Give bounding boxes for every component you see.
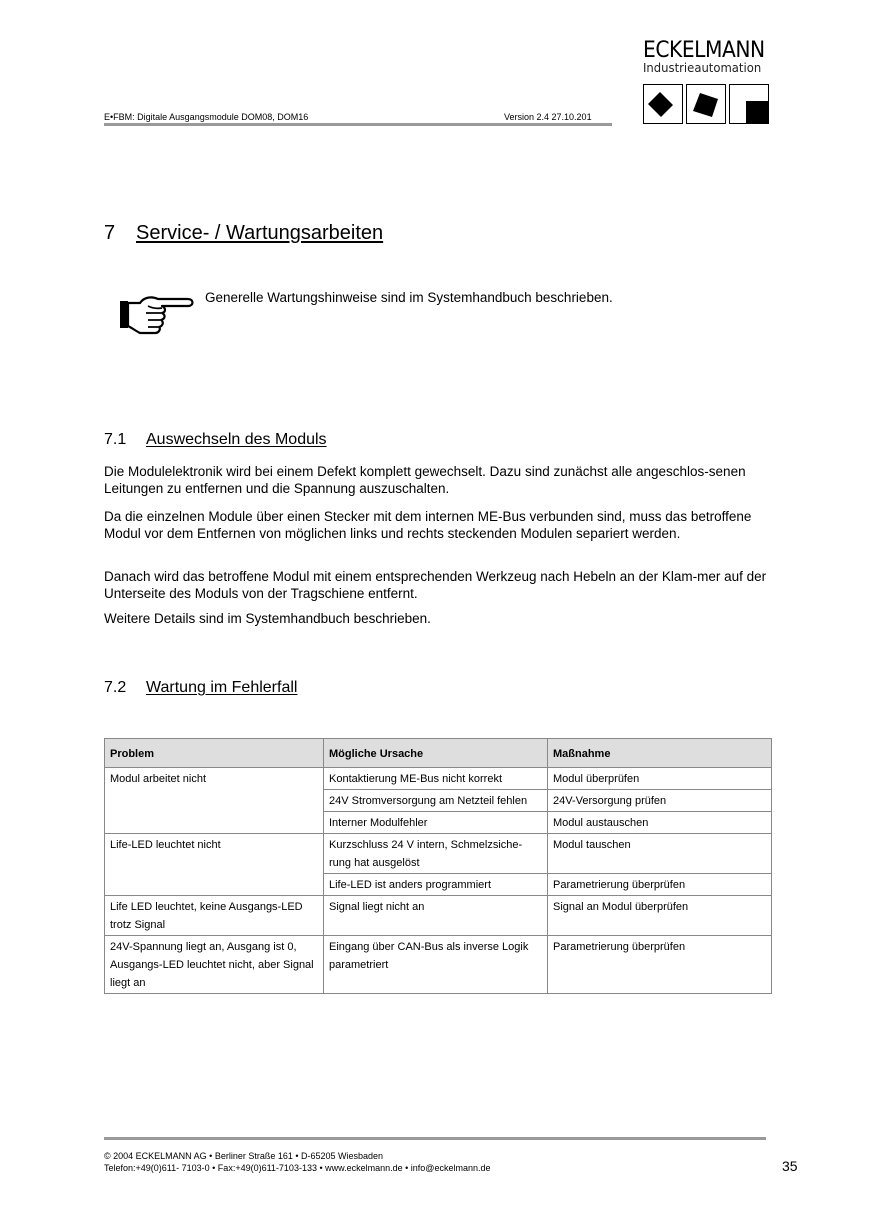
header-rule: [104, 123, 612, 126]
paragraph: Da die einzelnen Module über einen Steck…: [104, 508, 772, 542]
table-row: Life LED leuchtet, keine Ausgangs-LED tr…: [105, 896, 772, 936]
cause-cell: Kurzschluss 24 V intern, Schmelzsiche-ru…: [324, 834, 548, 874]
action-cell: Signal an Modul überprüfen: [548, 896, 772, 936]
footer-rule: [104, 1137, 766, 1140]
section-title: Auswechseln des Moduls: [146, 431, 327, 448]
section-number: 7: [104, 222, 136, 245]
table-header-row: Problem Mögliche Ursache Maßnahme: [105, 739, 772, 768]
cause-cell: Life-LED ist anders programmiert: [324, 874, 548, 896]
footer-address: © 2004 ECKELMANN AG • Berliner Straße 16…: [104, 1151, 383, 1161]
cause-cell: Eingang über CAN-Bus als inverse Logik p…: [324, 936, 548, 994]
troubleshooting-table: Problem Mögliche Ursache Maßnahme Modul …: [104, 738, 772, 994]
document-title: E•FBM: Digitale Ausgangsmodule DOM08, DO…: [104, 112, 308, 122]
page-number: 35: [782, 1158, 798, 1174]
cause-cell: Signal liegt nicht an: [324, 896, 548, 936]
section-number: 7.2: [104, 679, 146, 697]
cause-cell: Interner Modulfehler: [324, 812, 548, 834]
action-cell: 24V-Versorgung prüfen: [548, 790, 772, 812]
paragraph: Die Modulelektronik wird bei einem Defek…: [104, 463, 772, 497]
table-row: 24V-Spannung liegt an, Ausgang ist 0, Au…: [105, 936, 772, 994]
footer-contact: Telefon:+49(0)611- 7103-0 • Fax:+49(0)61…: [104, 1163, 490, 1173]
section-7-2-heading: 7.2Wartung im Fehlerfall: [104, 679, 297, 697]
cause-cell: 24V Stromversorgung am Netzteil fehlen: [324, 790, 548, 812]
action-cell: Modul tauschen: [548, 834, 772, 874]
problem-cell: Modul arbeitet nicht: [105, 768, 324, 834]
section-title: Wartung im Fehlerfall: [146, 679, 297, 696]
section-7-1-heading: 7.1Auswechseln des Moduls: [104, 431, 327, 449]
pointing-hand-icon: [118, 293, 196, 335]
action-cell: Modul überprüfen: [548, 768, 772, 790]
maintenance-note: Generelle Wartungshinweise sind im Syste…: [205, 290, 613, 305]
section-7-heading: 7Service- / Wartungsarbeiten: [104, 222, 383, 245]
paragraph: Weitere Details sind im Systemhandbuch b…: [104, 610, 772, 627]
section-number: 7.1: [104, 431, 146, 449]
column-header-action: Maßnahme: [548, 739, 772, 768]
action-cell: Parametrierung überprüfen: [548, 936, 772, 994]
problem-cell: Life-LED leuchtet nicht: [105, 834, 324, 896]
logo-squares-icon: [643, 84, 769, 124]
section-title: Service- / Wartungsarbeiten: [136, 222, 383, 244]
column-header-cause: Mögliche Ursache: [324, 739, 548, 768]
table-row: Life-LED leuchtet nicht Kurzschluss 24 V…: [105, 834, 772, 874]
cause-cell: Kontaktierung ME-Bus nicht korrekt: [324, 768, 548, 790]
version-info: Version 2.4 27.10.201: [504, 112, 592, 122]
column-header-problem: Problem: [105, 739, 324, 768]
action-cell: Parametrierung überprüfen: [548, 874, 772, 896]
table-row: Modul arbeitet nicht Kontaktierung ME-Bu…: [105, 768, 772, 790]
problem-cell: Life LED leuchtet, keine Ausgangs-LED tr…: [105, 896, 324, 936]
problem-cell: 24V-Spannung liegt an, Ausgang ist 0, Au…: [105, 936, 324, 994]
action-cell: Modul austauschen: [548, 812, 772, 834]
logo-subtitle: Industrieautomation: [643, 60, 761, 75]
paragraph: Danach wird das betroffene Modul mit ein…: [104, 568, 772, 602]
